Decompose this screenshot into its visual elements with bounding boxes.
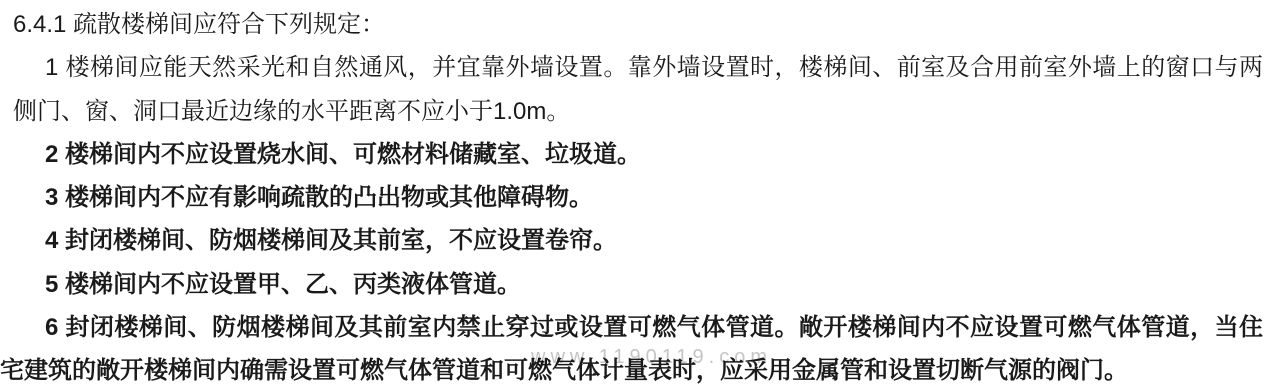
- clause-item-4: 4 封闭楼梯间、防烟楼梯间及其前室，不应设置卷帘。: [0, 219, 1272, 262]
- clause-item-6: 6 封闭楼梯间、防烟楼梯间及其前室内禁止穿过或设置可燃气体管道。敞开楼梯间内不应…: [0, 306, 1272, 392]
- clause-item-1: 1 楼梯间应能天然采光和自然通风，并宜靠外墙设置。靠外墙设置时，楼梯间、前室及合…: [0, 46, 1272, 133]
- clause-item-2: 2 楼梯间内不应设置烧水间、可燃材料储藏室、垃圾道。: [0, 133, 1272, 176]
- section-heading: 6.4.1 疏散楼梯间应符合下列规定：: [0, 3, 1272, 46]
- document-page: www.1190119.com 6.4.1 疏散楼梯间应符合下列规定： 1 楼梯…: [0, 0, 1272, 392]
- clause-item-5: 5 楼梯间内不应设置甲、乙、丙类液体管道。: [0, 263, 1272, 306]
- clause-item-3: 3 楼梯间内不应有影响疏散的凸出物或其他障碍物。: [0, 176, 1272, 219]
